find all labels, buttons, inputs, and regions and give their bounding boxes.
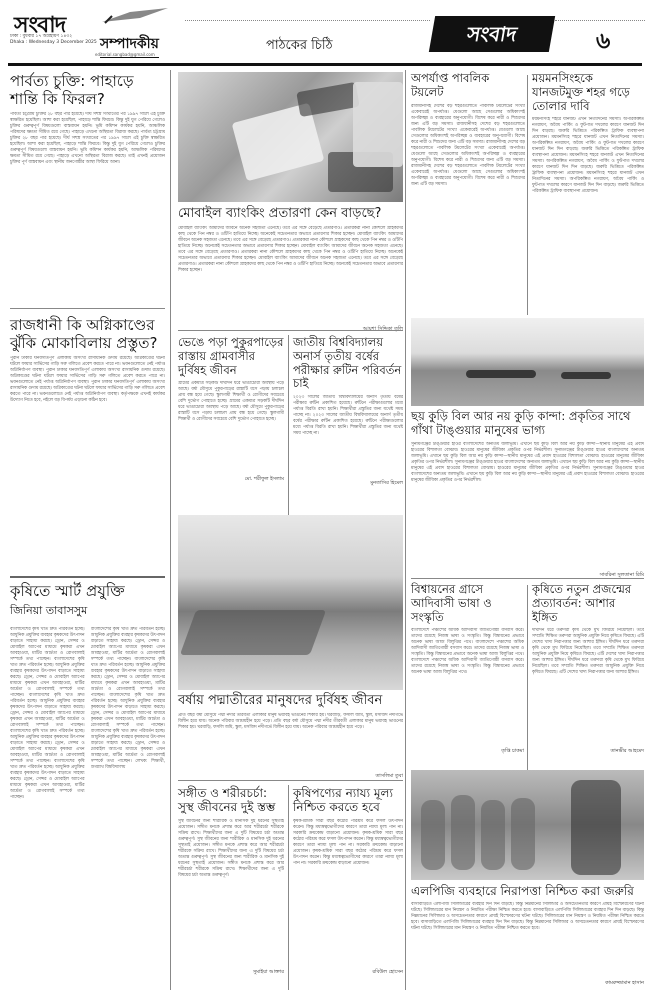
article-author: জিনিয়া তাবাসসুম <box>10 602 165 621</box>
article-body: বাংলাদেশের কৃষি খাত দ্রুত পরিবর্তন হচ্ছে… <box>91 627 166 977</box>
article-body: কৃষক-শ্রমিক সারা বছর কঠোর পরিশ্রম করে ফস… <box>293 819 403 969</box>
article-body: সুনামগঞ্জের টাঙ্গুয়ার হাওর বাংলাদেশের অ… <box>411 442 644 572</box>
article-body: ২০২৩ সালের জাতীয় বিশ্ববিদ্যালয়ের অনার্… <box>293 395 403 480</box>
dotted-rule <box>185 20 430 21</box>
article-body-text: কৃষক-শ্রমিক সারা বছর কঠোর পরিশ্রম করে ফস… <box>293 849 403 866</box>
article-headline: রাজধানী কি অগ্নিকাণ্ডের ঝুঁকি মোকাবিলায়… <box>10 316 165 352</box>
article-fair-price: কৃষিপণ্যের ন্যায্য মূল্য নিশ্চিত করতে হব… <box>293 786 403 977</box>
article-headline: এলপিজি ব্যবহারে নিরাপত্তা নিশ্চিত করা জর… <box>411 884 644 898</box>
letters-section-title: পাঠকের চিঠি <box>266 36 333 57</box>
article-divider <box>10 308 165 309</box>
article-riverside: বর্ষায় পদ্মাতীরের মানুষদের দুর্বিষহ জীব… <box>178 693 403 781</box>
article-byline: সুমাইয়া আক্তার <box>178 969 284 977</box>
article-body-text: বাংলাদেশের কৃষি খাত দ্রুত পরিবর্তন হচ্ছে… <box>91 693 166 728</box>
article-body: প্রতি বছর বর্ষা মৌসুমে পদ্মা নদীর তীরবর্… <box>178 713 403 773</box>
article-young-farmers: কৃষিতে নতুন প্রজন্মের প্রত্যাবর্তন: আশার… <box>532 583 644 756</box>
article-body: রাজধানীসহ দেশের বড় শহরগুলোতে পাবলিক টয়… <box>411 104 525 329</box>
article-byline: রবিউল হোসেন <box>293 969 403 977</box>
article-indigenous: বিশ্বায়নের গ্রাসে আদিবাসী ভাষা ও সংস্কৃ… <box>411 583 524 756</box>
article-body-text: ২০২৩ সালের জাতীয় বিশ্ববিদ্যালয়ের অনার্… <box>293 413 403 436</box>
article-headline: কৃষিতে স্মার্ট প্রযুক্তি <box>10 582 165 600</box>
article-headline: কৃষিপণ্যের ন্যায্য মূল্য নিশ্চিত করতে হব… <box>293 786 403 815</box>
article-body: বাংলাদেশের কৃষি খাত দ্রুত পরিবর্তন হচ্ছে… <box>10 627 85 977</box>
article-headline: ভেঙে পড়া পুকুরপাড়ের রাস্তায় গ্রামবাসী… <box>178 336 284 377</box>
article-headline: বর্ষায় পদ্মাতীরের মানুষদের দুর্বিষহ জীব… <box>178 693 403 709</box>
article-body: সুস্থ জীবনের জন্য শারীরিক ও মানসিক দুই ধ… <box>178 819 284 969</box>
dateline-english: Dhaka : Wednesday 3 December 2025 <box>10 40 100 46</box>
article-byline: তানভীর আহমেদ <box>532 748 644 756</box>
brand-logo: সংবাদ <box>429 16 555 52</box>
tanguar-haor-photo <box>411 318 644 406</box>
column-divider <box>170 70 171 990</box>
column-divider <box>527 75 528 315</box>
article-body: গ্রামের একমাত্র সড়কটি দীর্ঘদিন ধরে ভাঙা… <box>178 381 284 476</box>
column-divider <box>527 585 528 775</box>
article-broken-road: ভেঙে পড়া পুকুরপাড়ের রাস্তায় গ্রামবাসী… <box>178 336 284 484</box>
dateline: ঢাকা : বুধবার ১৭ অগ্রহায়ণ ১৪৩২ Dhaka : … <box>10 34 100 46</box>
article-body-text: বাসাবাড়িতে এলপিজি সিলিন্ডারের ব্যবহার দ… <box>411 920 644 931</box>
article-body: ময়মনসিংহ শহরে যানজট এখন নিত্যদিনের সমস্… <box>532 117 644 322</box>
article-byline: তৃপ্তি চাকমা <box>411 748 524 756</box>
article-body-text: বাংলাদেশের কৃষি খাত দ্রুত পরিবর্তন হচ্ছে… <box>10 657 85 698</box>
article-body: পার্বত্য চট্টগ্রাম চুক্তির ২৮ বছর পার হয… <box>10 112 165 292</box>
article-body: বাসাবাড়িতে এলপিজি সিলিন্ডারের ব্যবহার দ… <box>411 902 644 980</box>
article-byline: কামরুজ্জামান হাসান <box>411 980 644 988</box>
article-fire-risk: রাজধানী কি অগ্নিকাণ্ডের ঝুঁকি মোকাবিলায়… <box>10 316 165 556</box>
article-mymensingh: ময়মনসিংহকে যানজটমুক্ত শহর গড়ে তোলার দা… <box>532 72 644 330</box>
article-headline: অপর্যাপ্ত পাবলিক টয়লেট <box>411 72 525 100</box>
article-nu-honours: জাতীয় বিশ্ববিদ্যালয় অনার্স তৃতীয় বর্ষ… <box>293 336 403 488</box>
column-divider <box>288 785 289 990</box>
article-mobile-banking: মোবাইল ব্যাংকিং প্রতারণা কেন বাড়ছে? মোব… <box>178 206 403 334</box>
article-body-text: রাজধানীসহ দেশের বড় শহরগুলোতে পাবলিক টয়… <box>411 164 525 187</box>
article-public-toilet: অপর্যাপ্ত পাবলিক টয়লেট রাজধানীসহ দেশের … <box>411 72 525 337</box>
dotted-rule <box>555 20 645 21</box>
article-divider <box>10 576 165 578</box>
article-divider <box>178 780 403 781</box>
masthead-rule <box>8 63 642 66</box>
article-headline: ময়মনসিংহকে যানজটমুক্ত শহর গড়ে তোলার দা… <box>532 72 644 113</box>
quill-icon <box>100 6 170 26</box>
article-body-text: বাংলাদেশের কৃষি খাত দ্রুত পরিবর্তন হচ্ছে… <box>10 759 85 800</box>
article-headline: কৃষিতে নতুন প্রজন্মের প্রত্যাবর্তন: আশার… <box>532 583 644 624</box>
article-divider <box>411 578 644 579</box>
article-headline: পার্বত্য চুক্তি: পাহাড়ে শান্তি কি ফিরল? <box>10 72 165 108</box>
article-body: মোবাইল ব্যাংকিং আমাদের জীবনে অনেক সহজতা … <box>178 226 403 326</box>
page-number: ৬ <box>596 24 610 61</box>
article-body-text: বাংলাদেশে পঞ্চাশের অধিক আদিবাসী জাতিগোষ্… <box>411 658 524 675</box>
article-headline: মোবাইল ব্যাংকিং প্রতারণা কেন বাড়ছে? <box>178 206 403 222</box>
article-music-health: সঙ্গীত ও শরীরচর্চা: সুস্থ জীবনের দুই স্ত… <box>178 786 284 977</box>
editorial-email: editorial.sangbad@gmail.com <box>95 52 155 57</box>
article-body-text: বাংলাদেশের কৃষি খাত দ্রুত পরিবর্তন হচ্ছে… <box>91 657 166 698</box>
lpg-cylinders-photo <box>411 770 644 880</box>
article-byline: মো. শরীফুল ইসলাম <box>178 476 284 484</box>
article-body: বাংলাদেশে পঞ্চাশের অধিক আদিবাসী জাতিগোষ্… <box>411 628 524 748</box>
article-divider <box>178 330 403 331</box>
article-byline: মুনতাসির হিমেল <box>293 480 403 488</box>
article-headline: সঙ্গীত ও শরীরচর্চা: সুস্থ জীবনের দুই স্ত… <box>178 786 284 815</box>
column-divider <box>405 70 406 990</box>
riverside-photo <box>178 515 403 690</box>
article-headline: বিশ্বায়নের গ্রাসে আদিবাসী ভাষা ও সংস্কৃ… <box>411 583 524 624</box>
article-headline: জাতীয় বিশ্ববিদ্যালয় অনার্স তৃতীয় বর্ষ… <box>293 336 403 391</box>
article-hill-accord: পার্বত্য চুক্তি: পাহাড়ে শান্তি কি ফিরল?… <box>10 72 165 292</box>
article-headline: ছয় কুড়ি বিল আর নয় কুড়ি কান্দা: প্রকৃ… <box>411 410 644 438</box>
article-lpg: এলপিজি ব্যবহারে নিরাপত্তা নিশ্চিত করা জর… <box>411 884 644 988</box>
article-body: দীর্ঘদিন ধরে তরুণরা কৃষি থেকে মুখ ফিরিয়… <box>532 628 644 748</box>
article-smart-agri: কৃষিতে স্মার্ট প্রযুক্তি জিনিয়া তাবাসসু… <box>10 582 165 977</box>
article-tanguar: ছয় কুড়ি বিল আর নয় কুড়ি কান্দা: প্রকৃ… <box>411 410 644 580</box>
article-body-text: বাংলাদেশের কৃষি খাত দ্রুত পরিবর্তন হচ্ছে… <box>10 693 85 728</box>
mobile-banking-photo <box>178 72 403 202</box>
article-body: পুরান ঢাকার ঘনবসতিপূর্ণ এলাকায় অসংখ্য র… <box>10 356 165 556</box>
